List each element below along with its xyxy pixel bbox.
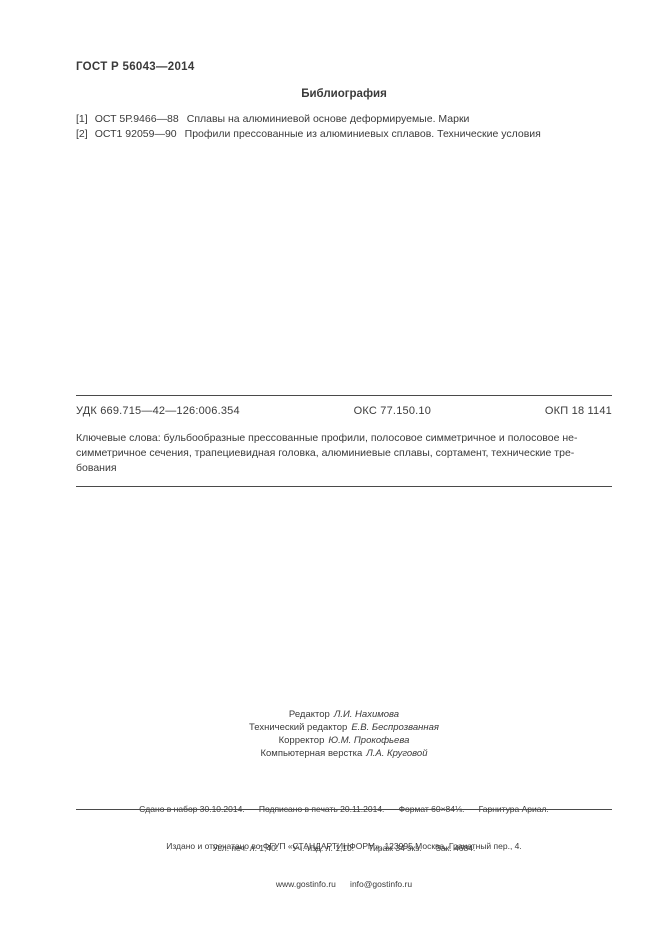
- keywords-line: Ключевые слова: бульбообразные прессован…: [76, 431, 612, 446]
- keywords-line: бования: [76, 461, 612, 476]
- document-page: ГОСТ Р 56043—2014 Библиография [1]ОСТ 5Р…: [0, 0, 661, 935]
- bibliography-entry: [1]ОСТ 5Р.9466—88Сплавы на алюминиевой о…: [76, 112, 541, 127]
- credit-name: Е.В. Беспрозванная: [351, 722, 439, 733]
- classification-row: УДК 669.715—42—126:006.354 ОКС 77.150.10…: [76, 405, 612, 417]
- oks-code: ОКС 77.150.10: [354, 405, 431, 417]
- credits-block: РедакторЛ.И. Нахимова Технический редакт…: [76, 708, 612, 760]
- keywords-line: симметричное сечения, трапециевидная гол…: [76, 446, 612, 461]
- ref-label: [2]: [76, 127, 88, 142]
- credit-name: Л.А. Круговой: [366, 748, 427, 759]
- ref-code: ОСТ1 92059—90: [95, 127, 177, 142]
- bibliography-entry: [2]ОСТ1 92059—90Профили прессованные из …: [76, 127, 541, 142]
- ref-label: [1]: [76, 112, 88, 127]
- credit-name: Ю.М. Прокофьева: [328, 735, 409, 746]
- credit-line: КорректорЮ.М. Прокофьева: [76, 734, 612, 747]
- publisher-line: Издано и отпечатано во ФГУП «СТАНДАРТИНФ…: [76, 840, 612, 853]
- publisher-block: Издано и отпечатано во ФГУП «СТАНДАРТИНФ…: [76, 815, 612, 915]
- bibliography-list: [1]ОСТ 5Р.9466—88Сплавы на алюминиевой о…: [76, 112, 541, 141]
- credit-role: Редактор: [289, 709, 330, 720]
- section-title: Библиография: [76, 88, 612, 100]
- ref-title: Сплавы на алюминиевой основе деформируем…: [187, 113, 470, 125]
- credit-line: Компьютерная версткаЛ.А. Круговой: [76, 747, 612, 760]
- ref-code: ОСТ 5Р.9466—88: [95, 112, 179, 127]
- classification-block: УДК 669.715—42—126:006.354 ОКС 77.150.10…: [76, 395, 612, 487]
- credit-name: Л.И. Нахимова: [334, 709, 399, 720]
- publisher-contacts: www.gostinfo.ru info@gostinfo.ru: [76, 878, 612, 891]
- doc-code: ГОСТ Р 56043—2014: [76, 61, 195, 73]
- credit-line: РедакторЛ.И. Нахимова: [76, 708, 612, 721]
- udk-code: УДК 669.715—42—126:006.354: [76, 405, 240, 417]
- okp-code: ОКП 18 1141: [545, 405, 612, 417]
- keywords-paragraph: Ключевые слова: бульбообразные прессован…: [76, 431, 612, 487]
- horizontal-rule: [76, 809, 612, 810]
- credit-role: Компьютерная верстка: [260, 748, 362, 759]
- ref-title: Профили прессованные из алюминиевых спла…: [185, 128, 541, 140]
- credit-line: Технический редакторЕ.В. Беспрозванная: [76, 721, 612, 734]
- credit-role: Технический редактор: [249, 722, 347, 733]
- credit-role: Корректор: [279, 735, 325, 746]
